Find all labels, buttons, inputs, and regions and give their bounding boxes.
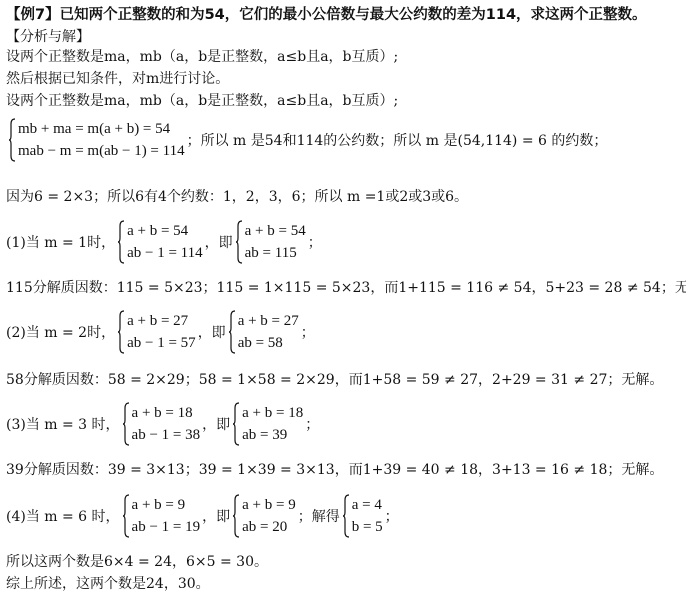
intro-line-2: 然后根据已知条件，对m进行讨论。 [6,70,229,88]
equation-row: ab = 39 [242,424,303,446]
equation-row: a + b = 27 [127,310,196,332]
equation-row: mb + ma = m(a + b) = 54 [18,118,185,140]
case-mid-2: ；解得 [298,506,340,526]
brace-icon [122,402,130,446]
problem-statement: 已知两个正整数的和为54，它们的最小公倍数与最大公约数的差为114，求这两个正整… [60,7,647,23]
case-mid: ，即 [202,414,230,434]
brace-icon [342,494,350,538]
case-mid: ，即 [198,322,226,342]
case-3: (3)当 m = 3 时， a + b = 18 ab − 1 = 38 ，即 … [6,402,319,446]
analysis-heading: 【分析与解】 [6,28,90,46]
factor-line-1: 115分解质因数：115 = 5×23；115 = 1×115 = 5×23，而… [6,279,686,297]
result-line: 所以这两个数是6×4 = 24，6×5 = 30。 [6,553,268,571]
main-conclusion: ；所以 m 是54和114的公约数；所以 m 是(54,114) = 6 的约数… [187,130,608,150]
equation-row: a + b = 9 [242,494,296,516]
equation-row: a + b = 27 [238,310,299,332]
case-mid: ，即 [205,232,233,252]
brace-icon [117,310,125,354]
equation-system: a + b = 27 ab = 58 [228,310,299,354]
case-prefix: (1)当 m = 1时， [6,232,115,252]
problem-line: 【例7】已知两个正整数的和为54，它们的最小公倍数与最大公约数的差为114，求这… [6,6,647,24]
intro-line-3: 设两个正整数是ma，mb（a，b是正整数，a≤b且a，b互质）; [6,92,398,110]
case-suffix: ； [385,506,399,526]
equation-row: ab = 20 [242,516,296,538]
case-4: (4)当 m = 6 时， a + b = 9 ab − 1 = 19 ，即 a… [6,494,399,538]
case-prefix: (3)当 m = 3 时， [6,414,120,434]
brace-icon [232,402,240,446]
equation-row: a + b = 54 [245,220,306,242]
case-suffix: ； [305,414,319,434]
brace-icon [117,220,125,264]
equation-row: a + b = 54 [127,220,203,242]
equation-system: a + b = 9 ab = 20 [232,494,296,538]
brace-icon [235,220,243,264]
equation-row: ab − 1 = 114 [127,242,203,264]
brace-icon [8,118,16,162]
equation-system: a + b = 18 ab = 39 [232,402,303,446]
equation-system: a + b = 54 ab − 1 = 114 [117,220,203,264]
equation-system: a + b = 18 ab − 1 = 38 [122,402,201,446]
equation-system: mb + ma = m(a + b) = 54 mab − m = m(ab −… [8,118,185,162]
final-line: 综上所述，这两个数是24，30。 [6,575,210,593]
case-mid: ，即 [202,506,230,526]
case-suffix: ； [301,322,315,342]
equation-row: mab − m = m(ab − 1) = 114 [18,140,185,162]
case-prefix: (2)当 m = 2时， [6,322,115,342]
equation-system: a + b = 54 ab = 115 [235,220,306,264]
equation-row: a + b = 18 [132,402,201,424]
equation-row: a + b = 9 [132,494,201,516]
equation-row: a = 4 [352,494,383,516]
equation-row: ab − 1 = 57 [127,332,196,354]
brace-icon [232,494,240,538]
factor-line-3: 39分解质因数：39 = 3×13；39 = 1×39 = 3×13，而1+39… [6,461,663,479]
equation-row: ab − 1 = 38 [132,424,201,446]
case-1: (1)当 m = 1时， a + b = 54 ab − 1 = 114 ，即 … [6,220,322,264]
equation-row: b = 5 [352,516,383,538]
solution-system: a = 4 b = 5 [342,494,383,538]
equation-system: a + b = 27 ab − 1 = 57 [117,310,196,354]
problem-label: 【例7】 [6,7,60,23]
factor-line-2: 58分解质因数：58 = 2×29；58 = 1×58 = 2×29，而1+58… [6,371,663,389]
divisors-line: 因为6 = 2×3；所以6有4个约数：1，2，3，6；所以 m =1或2或3或6… [6,188,468,206]
equation-row: ab − 1 = 19 [132,516,201,538]
equation-row: ab = 58 [238,332,299,354]
case-prefix: (4)当 m = 6 时， [6,506,120,526]
equation-row: a + b = 18 [242,402,303,424]
brace-icon [228,310,236,354]
case-2: (2)当 m = 2时， a + b = 27 ab − 1 = 57 ，即 a… [6,310,315,354]
main-system-block: mb + ma = m(a + b) = 54 mab − m = m(ab −… [6,118,607,162]
case-suffix: ； [308,232,322,252]
brace-icon [122,494,130,538]
equation-row: ab = 115 [245,242,306,264]
equation-system: a + b = 9 ab − 1 = 19 [122,494,201,538]
intro-line-1: 设两个正整数是ma，mb（a，b是正整数，a≤b且a，b互质）; [6,48,398,66]
